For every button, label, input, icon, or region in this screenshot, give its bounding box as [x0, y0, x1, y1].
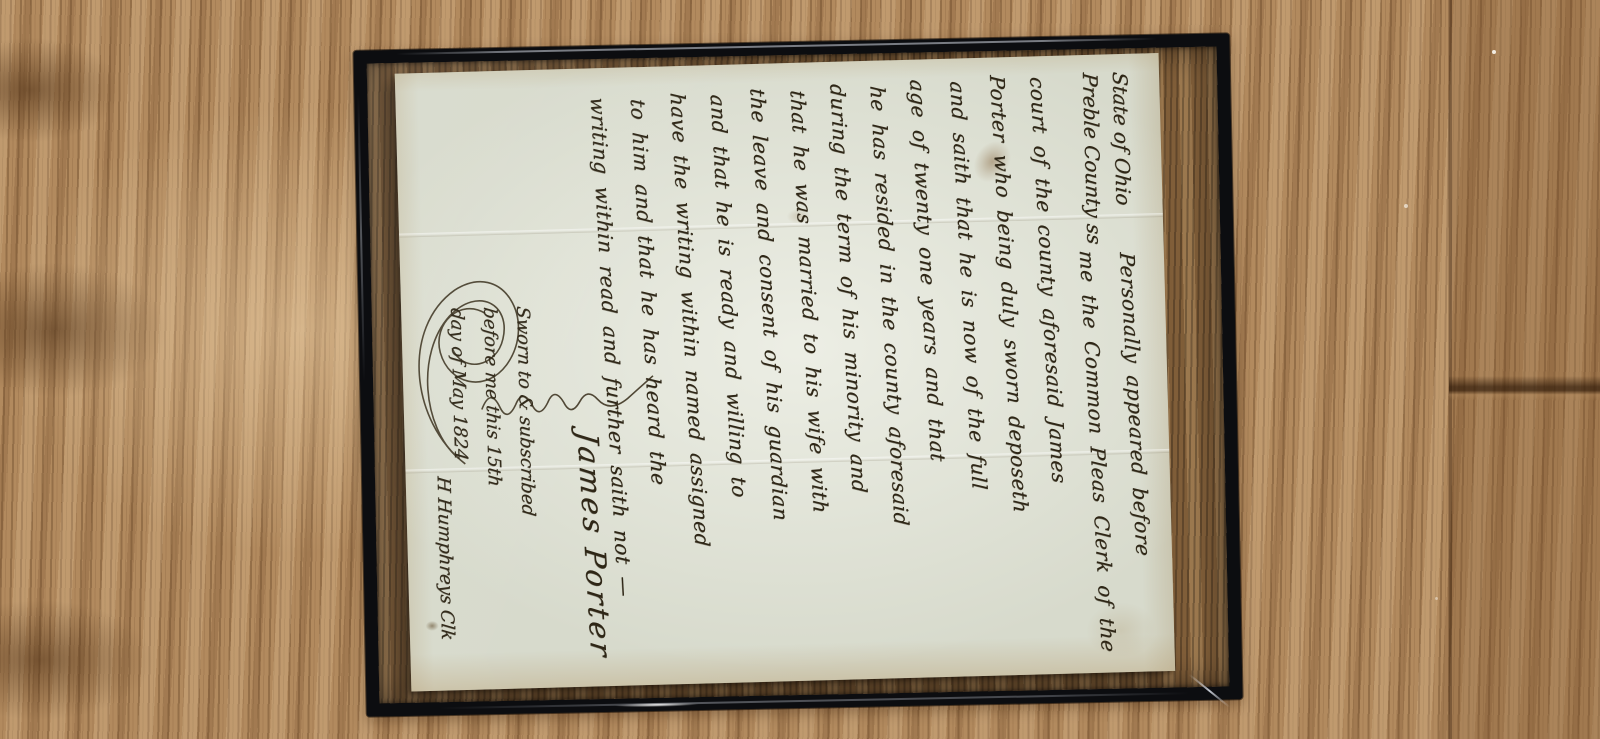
- hand-line: and saith that he is now of the full: [937, 81, 1010, 678]
- frame-glint-bottom: [615, 702, 699, 708]
- frame-glass: State of OhioPreble County ss Personally…: [367, 47, 1230, 704]
- picture-frame: State of OhioPreble County ss Personally…: [353, 33, 1242, 716]
- signature-line: James Porter: [570, 430, 618, 661]
- paper-stain: [966, 134, 1019, 189]
- hand-line: Porter who being duly sworn deposeth: [977, 74, 1050, 675]
- hand-line: Personally appeared before: [1097, 72, 1170, 669]
- hand-line: day of May 1824: [440, 307, 479, 520]
- hand-line: writing within read and further saith no…: [578, 96, 651, 697]
- paper-stain: [1085, 601, 1156, 659]
- paper-stain: [787, 209, 811, 225]
- fold-crease: [405, 449, 1169, 474]
- hand-line: age of twenty one years and that: [897, 79, 970, 680]
- hand-line: to him and that he has heard the: [618, 98, 691, 695]
- letter-body-lines: Personally appeared beforeme the Common …: [578, 68, 1170, 698]
- hand-line: me the Common Pleas Clerk of the: [1057, 70, 1130, 671]
- hand-line: that he was married to his wife with: [777, 89, 850, 686]
- dust-speck: [1492, 50, 1496, 54]
- hand-line: State of Ohio: [1105, 71, 1140, 245]
- hand-line: Sworn to & subscribed: [506, 305, 545, 518]
- ink-flourish-svg: [398, 262, 684, 489]
- paper-document: State of OhioPreble County ss Personally…: [395, 53, 1175, 691]
- hand-line: Preble County ss: [1075, 72, 1110, 246]
- hand-line: and that he is ready and willing to: [698, 94, 771, 691]
- flourish-loops: [417, 277, 655, 465]
- venue-block: State of OhioPreble County ss: [1075, 72, 1140, 245]
- hand-line: have the writing within named assigned: [657, 92, 730, 693]
- hand-line: during the term of his minority and: [817, 83, 890, 684]
- handwritten-letter: State of OhioPreble County ss Personally…: [399, 68, 1153, 688]
- photo-scene: { "colors": { "floor_wood": "#b28a5e", "…: [0, 0, 1600, 739]
- hand-line: before me this 15th: [473, 306, 512, 519]
- clerk-line: H Humphreys Clk: [433, 476, 458, 642]
- hand-line: court of the county aforesaid James: [1017, 76, 1090, 673]
- hand-line: he has resided in the county aforesaid: [857, 85, 930, 682]
- paper-stain: [426, 621, 439, 631]
- fold-crease: [399, 213, 1163, 238]
- dust-speck: [1404, 204, 1408, 208]
- frame-highlight-left: [357, 94, 365, 382]
- floor-plank-seam: [1449, 376, 1600, 400]
- dust-speck: [1435, 597, 1438, 600]
- hand-line: the leave and consent of his guardian: [737, 88, 810, 689]
- attestation-block: Sworn to & subscribedbefore me this 15th…: [440, 306, 545, 518]
